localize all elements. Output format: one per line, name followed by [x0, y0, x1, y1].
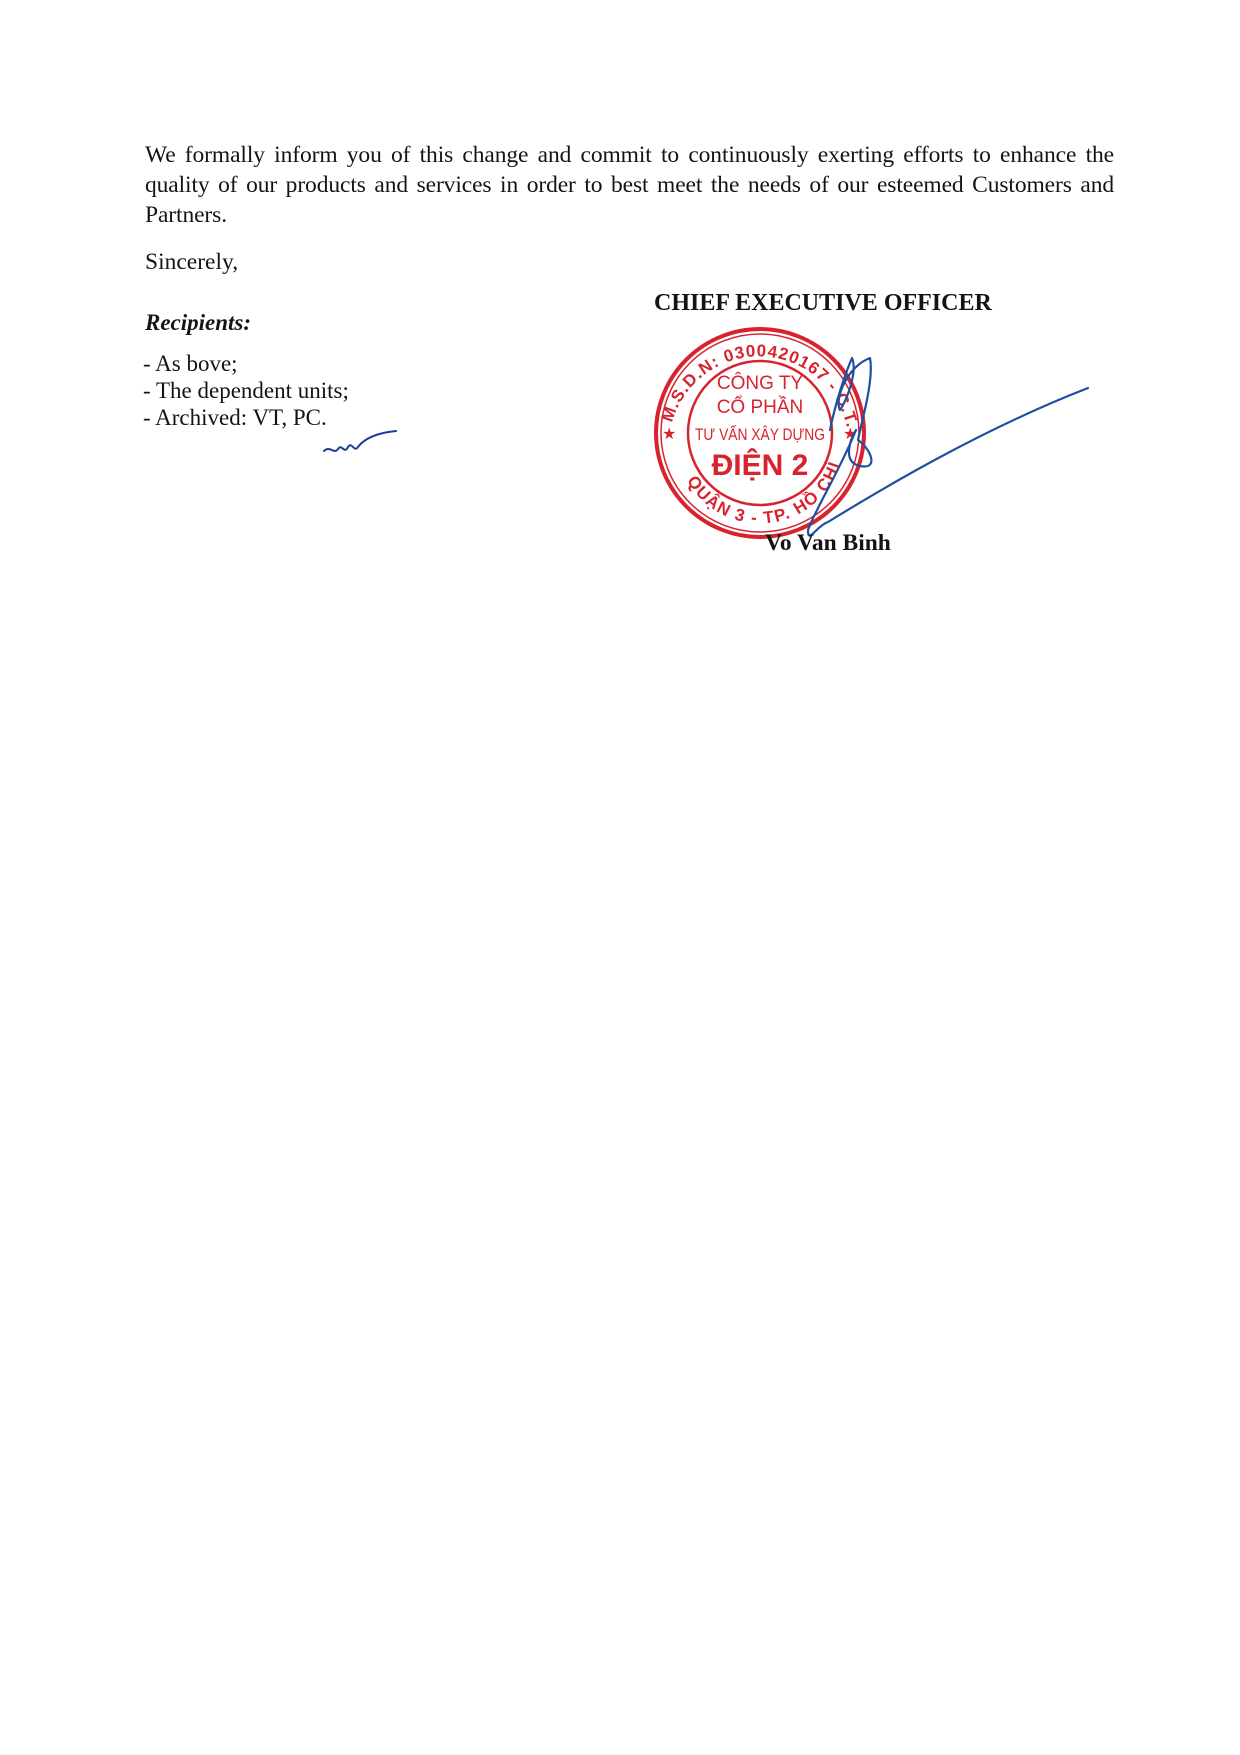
svg-text:★: ★ [843, 426, 857, 443]
svg-text:ĐIỆN 2: ĐIỆN 2 [712, 448, 809, 482]
svg-text:TƯ VẤN XÂY DỰNG: TƯ VẤN XÂY DỰNG [695, 425, 825, 444]
svg-text:CỔ PHẦN: CỔ PHẦN [717, 396, 804, 418]
recipient-item: - As bove; [143, 350, 349, 377]
company-stamp-icon: M.S.D.N: 0300420167 - C.T.C.P QUẬN 3 - T… [640, 315, 880, 545]
svg-text:CÔNG TY: CÔNG TY [717, 372, 804, 394]
initials-signature-icon [320, 425, 400, 465]
recipients-list: - As bove; - The dependent units; - Arch… [143, 350, 349, 431]
signature-title: CHIEF EXECUTIVE OFFICER [654, 290, 992, 317]
recipient-item: - The dependent units; [143, 377, 349, 404]
signer-name: Vo Van Binh [765, 530, 891, 557]
closing-salutation: Sincerely, [145, 247, 238, 277]
recipients-heading: Recipients: [145, 310, 251, 336]
body-paragraph: We formally inform you of this change an… [145, 140, 1114, 230]
document-page: We formally inform you of this change an… [0, 0, 1240, 1755]
recipient-item: - Archived: VT, PC. [143, 404, 349, 431]
svg-text:★: ★ [662, 426, 676, 443]
